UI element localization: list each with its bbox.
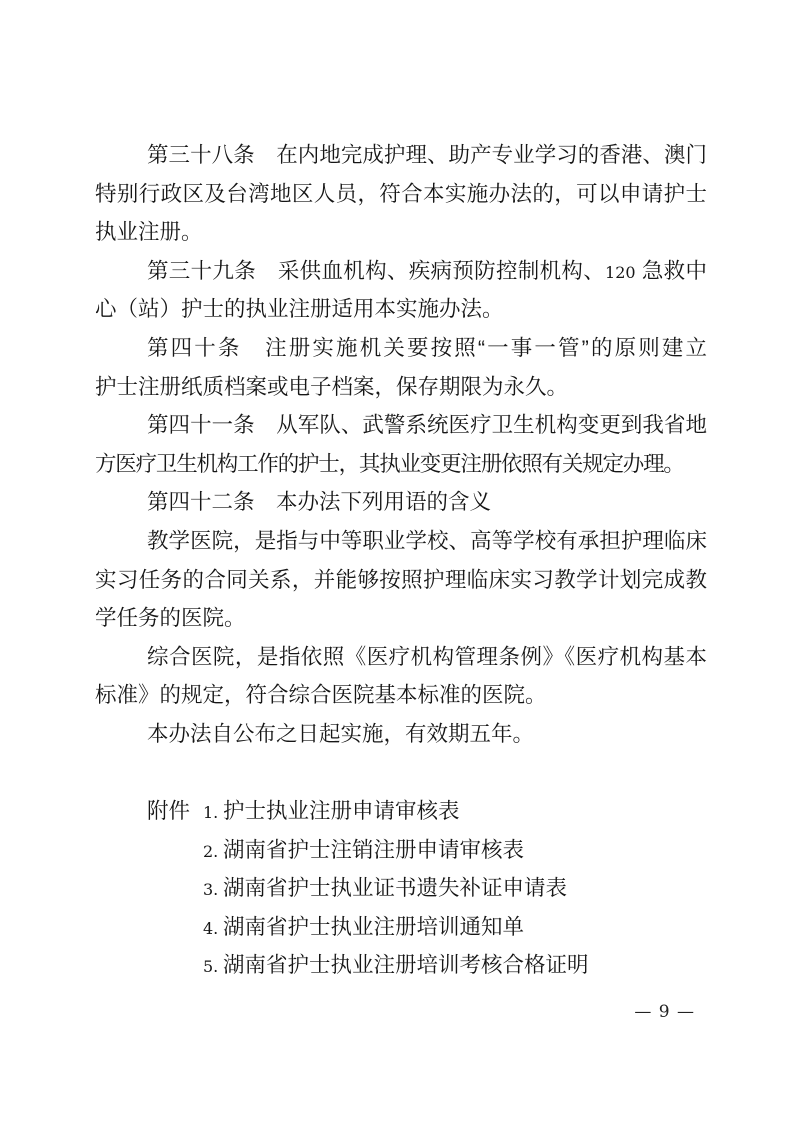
attachment-title: 湖南省护士执业注册培训通知单 bbox=[223, 915, 524, 939]
text-segment: 护士注册纸质档案或电子档案，保存期限为永久。 bbox=[95, 375, 568, 399]
document-page: 第三十八条 在内地完成护理、助产专业学习的香港、澳门特别行政区及台湾地区人员，符… bbox=[0, 0, 793, 1122]
text-line: 学任务的医院。 bbox=[95, 599, 707, 638]
text-line: 综合医院，是指依照《医疗机构管理条例》《医疗机构基本 bbox=[95, 638, 707, 677]
text-line: 心（站）护士的执业注册适用本实施办法。 bbox=[95, 290, 707, 329]
text-segment: 急救中 bbox=[636, 259, 707, 283]
text-line: 第四十一条 从军队、武警系统医疗卫生机构变更到我省地 bbox=[95, 406, 707, 445]
page-number: — 9 — bbox=[634, 1000, 695, 1024]
text-segment: 标准》的规定，符合综合医院基本标准的医院。 bbox=[95, 683, 547, 707]
attachment-title: 湖南省护士执业证书遗失补证申请表 bbox=[223, 876, 567, 900]
attachment-item: 5.湖南省护士执业注册培训考核合格证明 bbox=[95, 946, 707, 985]
text-line: 实习任务的合同关系，并能够按照护理临床实习教学计划完成教 bbox=[95, 561, 707, 600]
text-line: 特别行政区及台湾地区人员，符合本实施办法的，可以申请护士 bbox=[95, 175, 707, 214]
text-segment: 学任务的医院。 bbox=[95, 606, 246, 630]
attachment-title: 湖南省护士注销注册申请审核表 bbox=[223, 838, 524, 862]
attachment-item: 2.湖南省护士注销注册申请审核表 bbox=[95, 831, 707, 870]
text-line: 第三十八条 在内地完成护理、助产专业学习的香港、澳门 bbox=[95, 136, 707, 175]
text-segment: 本办法自公布之日起实施，有效期五年。 bbox=[147, 722, 534, 746]
text-segment: 第四十二条 本办法下列用语的含义 bbox=[147, 490, 491, 514]
text-segment: 第四十一条 从军队、武警系统医疗卫生机构变更到我省地 bbox=[147, 413, 707, 437]
inline-number: 120 bbox=[605, 263, 636, 282]
attachment-title: 护士执业注册申请审核表 bbox=[223, 799, 460, 823]
text-segment: 方医疗卫生机构工作的护士，其执业变更注册依照有关规定办理。 bbox=[95, 452, 684, 476]
text-segment: 执业注册。 bbox=[95, 220, 203, 244]
attachment-number: 5. bbox=[203, 948, 223, 987]
text-segment: 综合医院，是指依照《医疗机构管理条例》《医疗机构基本 bbox=[147, 645, 707, 669]
text-line: 标准》的规定，符合综合医院基本标准的医院。 bbox=[95, 676, 707, 715]
attachment-number: 2. bbox=[203, 833, 223, 872]
attachment-number: 1. bbox=[203, 794, 223, 833]
text-segment: 心（站）护士的执业注册适用本实施办法。 bbox=[95, 297, 504, 321]
text-line: 本办法自公布之日起实施，有效期五年。 bbox=[95, 715, 707, 754]
attachments-label: 附件 bbox=[95, 792, 203, 831]
attachment-number: 4. bbox=[203, 910, 223, 949]
text-line: 教学医院，是指与中等职业学校、高等学校有承担护理临床 bbox=[95, 522, 707, 561]
attachment-item: 3.湖南省护士执业证书遗失补证申请表 bbox=[95, 869, 707, 908]
attachment-title: 湖南省护士执业注册培训考核合格证明 bbox=[223, 953, 589, 977]
text-segment: 教学医院，是指与中等职业学校、高等学校有承担护理临床 bbox=[147, 529, 707, 553]
text-segment: 第四十条 注册实施机关要按照“一事一管”的原则建立 bbox=[147, 336, 707, 360]
text-segment: 第三十九条 采供血机构、疾病预防控制机构、 bbox=[147, 259, 605, 283]
text-line: 方医疗卫生机构工作的护士，其执业变更注册依照有关规定办理。 bbox=[95, 445, 707, 484]
attachment-number: 3. bbox=[203, 871, 223, 910]
text-line: 护士注册纸质档案或电子档案，保存期限为永久。 bbox=[95, 368, 707, 407]
document-body: 第三十八条 在内地完成护理、助产专业学习的香港、澳门特别行政区及台湾地区人员，符… bbox=[95, 136, 707, 985]
blank-line bbox=[95, 754, 707, 793]
text-segment: 实习任务的合同关系，并能够按照护理临床实习教学计划完成教 bbox=[95, 568, 707, 592]
text-line: 第三十九条 采供血机构、疾病预防控制机构、120 急救中 bbox=[95, 252, 707, 291]
text-line: 第四十二条 本办法下列用语的含义 bbox=[95, 483, 707, 522]
text-segment: 第三十八条 在内地完成护理、助产专业学习的香港、澳门 bbox=[147, 143, 707, 167]
attachment-item: 附件1.护士执业注册申请审核表 bbox=[95, 792, 707, 831]
text-line: 执业注册。 bbox=[95, 213, 707, 252]
text-line: 第四十条 注册实施机关要按照“一事一管”的原则建立 bbox=[95, 329, 707, 368]
text-segment: 特别行政区及台湾地区人员，符合本实施办法的，可以申请护士 bbox=[95, 182, 707, 206]
attachment-item: 4.湖南省护士执业注册培训通知单 bbox=[95, 908, 707, 947]
